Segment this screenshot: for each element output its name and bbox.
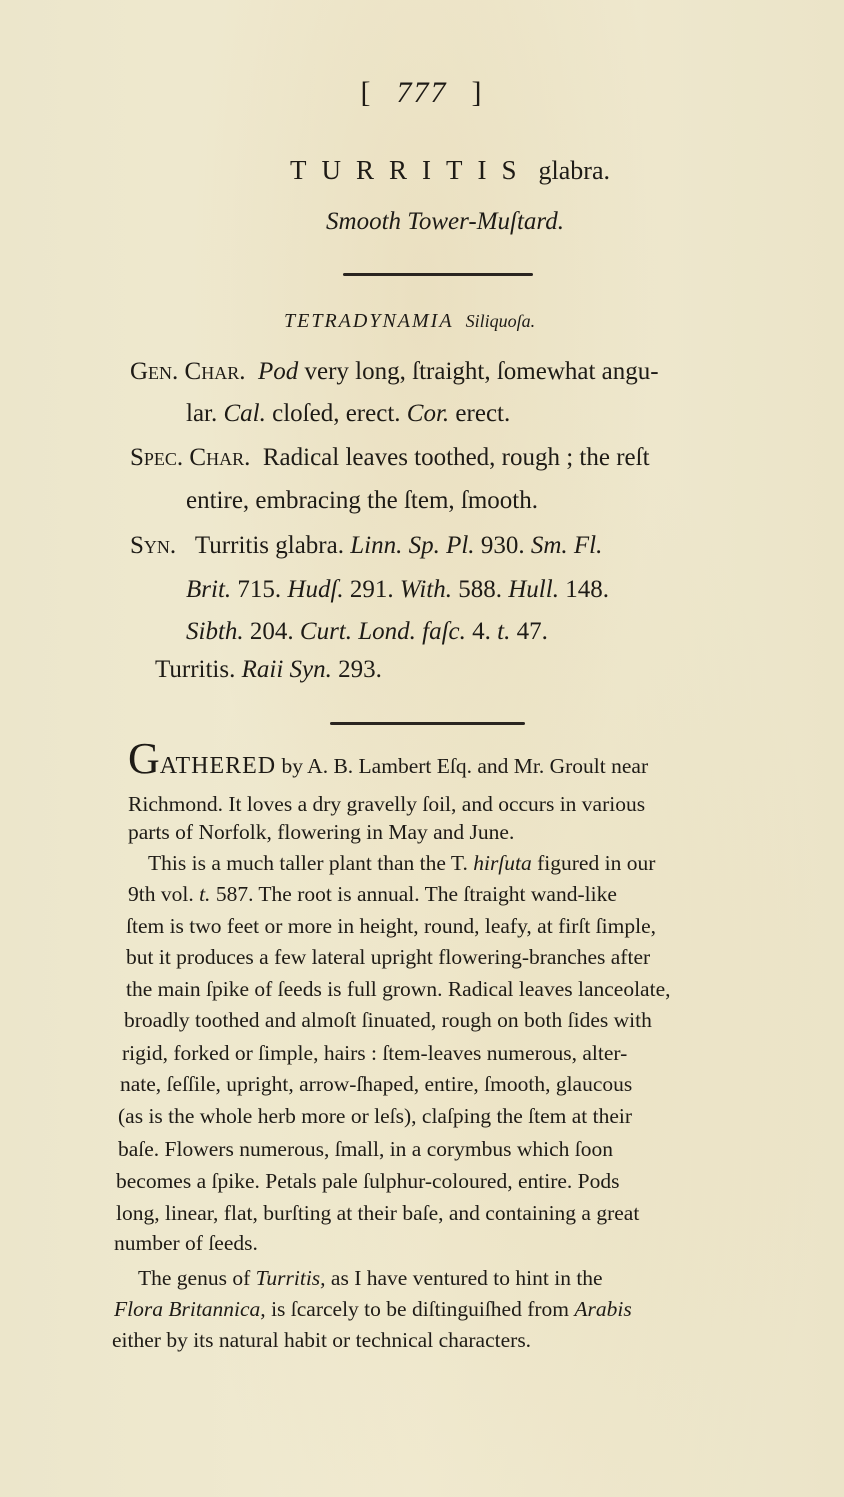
spec-char-line-2: entire, embracing the ſtem, ſmooth. bbox=[186, 487, 538, 515]
close-bracket: ] bbox=[472, 76, 484, 109]
italic-term: t. bbox=[199, 882, 210, 906]
paragraph-1-line-3: parts of Norfolk, flowering in May and J… bbox=[128, 820, 514, 845]
paragraph-2-line-3: ſtem is two feet or more in height, roun… bbox=[126, 914, 656, 939]
genus-name: TURRITIS bbox=[290, 155, 532, 185]
text-run: 715. bbox=[231, 576, 287, 603]
italic-term: Arabis bbox=[574, 1297, 631, 1321]
italic-term: Raii Syn. bbox=[242, 656, 332, 683]
paragraph-2-line-8: nate, ſeſſile, upright, arrow-ſhaped, en… bbox=[120, 1072, 632, 1097]
paragraph-2-line-9: (as is the whole herb more or leſs), cla… bbox=[118, 1104, 632, 1129]
paragraph-2-line-12: long, linear, flat, burſting at their ba… bbox=[116, 1201, 639, 1226]
paragraph-2-line-6: broadly toothed and almoſt ſinuated, rou… bbox=[124, 1008, 652, 1033]
italic-term: Linn. Sp. Pl. bbox=[350, 532, 474, 559]
italic-term: Pod bbox=[258, 358, 298, 385]
gen-char-label: Gen. Char. bbox=[130, 358, 245, 385]
text-run: 148. bbox=[559, 576, 609, 603]
text-run: lar. bbox=[186, 400, 224, 427]
italic-term: Hudſ. bbox=[287, 576, 343, 603]
text-run: 204. bbox=[244, 618, 300, 645]
spec-char-label: Spec. Char. bbox=[130, 444, 250, 471]
italic-term: Curt. Lond. faſc. bbox=[300, 618, 466, 645]
text-run: 47. bbox=[510, 618, 548, 645]
common-name: Smooth Tower-Muſtard. bbox=[0, 208, 844, 236]
species-epithet: glabra. bbox=[539, 156, 610, 185]
text-run: The genus of bbox=[138, 1266, 256, 1290]
paragraph-2-line-2: 9th vol. t. 587. The root is annual. The… bbox=[128, 882, 617, 907]
italic-term: Flora Britannica, bbox=[114, 1297, 266, 1321]
paragraph-2-line-7: rigid, forked or ſimple, hairs : ſtem-le… bbox=[122, 1041, 627, 1066]
text-run: is ſcarcely to be diſtinguiſhed from bbox=[266, 1297, 575, 1321]
paragraph-3-line-2: Flora Britannica, is ſcarcely to be diſt… bbox=[114, 1297, 632, 1322]
page-number-value: 777 bbox=[397, 76, 448, 109]
syn-line-1: Syn. Turritis glabra. Linn. Sp. Pl. 930.… bbox=[130, 532, 602, 560]
linnaean-classification: TETRADYNAMIASiliquoſa. bbox=[284, 310, 535, 333]
book-page: [777] TURRITIS glabra. Smooth Tower-Muſt… bbox=[0, 0, 844, 1497]
italic-term: Sibth. bbox=[186, 618, 244, 645]
gen-char-line-2: lar. Cal. cloſed, erect. Cor. erect. bbox=[186, 400, 510, 428]
syn-line-2: Brit. 715. Hudſ. 291. With. 588. Hull. 1… bbox=[186, 576, 609, 604]
text-run: 293. bbox=[332, 656, 382, 683]
italic-term: t. bbox=[497, 618, 510, 645]
caps-run: ATHERED bbox=[160, 753, 276, 779]
gen-char-line-1: Gen. Char. Pod very long, ſtraight, ſome… bbox=[130, 358, 659, 386]
italic-term: Sm. Fl. bbox=[531, 532, 603, 559]
italic-term: Cal. bbox=[224, 400, 266, 427]
page-number: [777] bbox=[0, 76, 844, 110]
italic-term: Brit. bbox=[186, 576, 231, 603]
class-name: TETRADYNAMIA bbox=[284, 310, 454, 332]
italic-term: Cor. bbox=[407, 400, 449, 427]
spec-char-line-1: Spec. Char. Radical leaves toothed, roug… bbox=[130, 444, 650, 472]
text-run: figured in our bbox=[532, 851, 656, 875]
syn-label: Syn. bbox=[130, 532, 176, 559]
paragraph-3-line-3: either by its natural habit or technical… bbox=[112, 1328, 531, 1353]
paragraph-2-line-10: baſe. Flowers numerous, ſmall, in a cory… bbox=[118, 1137, 613, 1162]
text-run: 291. bbox=[344, 576, 400, 603]
text-run: Radical leaves toothed, rough ; the reſt bbox=[263, 444, 650, 471]
paragraph-2-line-11: becomes a ſpike. Petals pale ſulphur-col… bbox=[116, 1169, 620, 1194]
syn-line-3: Sibth. 204. Curt. Lond. faſc. 4. t. 47. bbox=[186, 618, 548, 646]
paragraph-2-line-5: the main ſpike of ſeeds is full grown. R… bbox=[126, 977, 670, 1002]
text-run: 9th vol. bbox=[128, 882, 199, 906]
text-run: very long, ſtraight, ſomewhat angu- bbox=[298, 358, 658, 385]
text-run: 930. bbox=[475, 532, 531, 559]
species-title: TURRITIS glabra. bbox=[0, 155, 844, 187]
text-run: 588. bbox=[452, 576, 508, 603]
text-run: as I have ventured to hint in the bbox=[326, 1266, 603, 1290]
order-name: Siliquoſa. bbox=[466, 311, 536, 331]
paragraph-1-line-1: GATHERED by A. B. Lambert Eſq. and Mr. G… bbox=[128, 737, 648, 781]
paragraph-2-line-4: but it produces a few lateral upright fl… bbox=[126, 945, 650, 970]
italic-term: hirſuta bbox=[473, 851, 532, 875]
text-run: 4. bbox=[466, 618, 497, 645]
paragraph-2-line-13: number of ſeeds. bbox=[114, 1231, 258, 1256]
paragraph-1-line-2: Richmond. It loves a dry gravelly ſoil, … bbox=[128, 792, 645, 817]
syn-line-4: Turritis. Raii Syn. 293. bbox=[155, 656, 382, 684]
text-run: Turritis. bbox=[155, 656, 242, 683]
text-run: by A. B. Lambert Eſq. and Mr. Groult nea… bbox=[276, 754, 648, 778]
text-run: Turritis glabra. bbox=[195, 532, 350, 559]
drop-cap: G bbox=[128, 734, 160, 783]
text-run: cloſed, erect. bbox=[266, 400, 407, 427]
text-run: erect. bbox=[449, 400, 510, 427]
italic-term: Turritis, bbox=[256, 1266, 326, 1290]
divider-rule bbox=[343, 273, 533, 276]
text-run: 587. The root is annual. The ſtraight wa… bbox=[210, 882, 616, 906]
divider-rule bbox=[330, 722, 525, 725]
paragraph-3-line-1: The genus of Turritis, as I have venture… bbox=[138, 1266, 603, 1291]
italic-term: Hull. bbox=[508, 576, 559, 603]
open-bracket: [ bbox=[361, 76, 373, 109]
text-run: This is a much taller plant than the T. bbox=[148, 851, 473, 875]
paragraph-2-line-1: This is a much taller plant than the T. … bbox=[148, 851, 655, 876]
italic-term: With. bbox=[400, 576, 452, 603]
